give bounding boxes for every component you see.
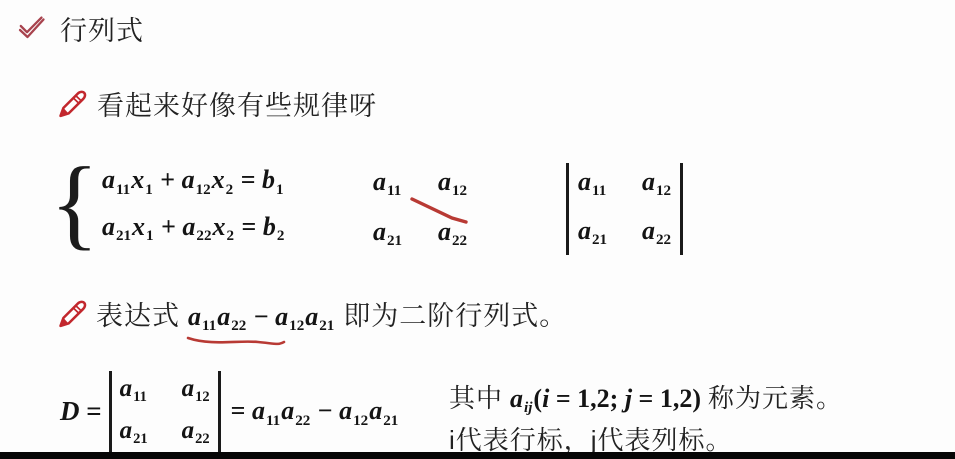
d-determinant: a11 a12 a21 a22 — [109, 371, 221, 452]
curly-brace: { — [50, 156, 99, 252]
equation-column: a11x1 + a12x2 = b1 a21x1 + a22x2 = b2 — [102, 164, 285, 243]
element-note-suffix: 称为元素。 — [708, 378, 843, 415]
equation-2: a21x1 + a22x2 = b2 — [102, 211, 285, 244]
note-expression-suffix: 即为二阶行列式。 — [343, 294, 567, 333]
check-icon — [16, 15, 47, 42]
page-title: 行列式 — [60, 9, 144, 48]
d-det-cell-a21: a21 — [120, 415, 182, 446]
det-cell-a11: a11 — [578, 166, 642, 199]
pencil-icon — [56, 88, 88, 120]
d-det-cell-a12: a12 — [182, 373, 211, 404]
array-cell-a11: a11 — [373, 166, 438, 199]
note-expression-prefix: 表达式 — [96, 294, 180, 333]
d-equals: D = — [60, 396, 102, 427]
determinant-definition: D = a11 a12 a21 a22 = a11a22 − a12a21 — [60, 371, 399, 452]
note-expression: 表达式 a11a22 − a12a21 即为二阶行列式。 — [56, 294, 567, 333]
title-row: 行列式 — [16, 9, 144, 48]
note-pattern-text: 看起来好像有些规律呀 — [97, 84, 377, 123]
pencil-icon — [56, 298, 88, 330]
video-letterbox-bar — [0, 452, 955, 459]
equation-system: { a11x1 + a12x2 = b1 a21x1 + a22x2 = b2 — [50, 156, 285, 252]
element-subscript-formula: aij(i = 1,2; j = 1,2) — [510, 384, 701, 414]
det-cell-a21: a21 — [578, 215, 642, 248]
det-cell-a12: a12 — [642, 166, 672, 199]
red-underline-stroke — [188, 338, 284, 344]
array-cell-a21: a21 — [373, 216, 438, 249]
element-note: 其中 aij(i = 1,2; j = 1,2) 称为元素。 i代表行标，j代表… — [449, 378, 843, 457]
d-det-cell-a11: a11 — [120, 373, 182, 404]
array-cell-a22: a22 — [438, 216, 468, 249]
expression-a11a22-a12a21: a11a22 − a12a21 — [188, 302, 335, 332]
d-expansion: = a11a22 − a12a21 — [231, 396, 400, 426]
determinant-notation: a11 a12 a21 a22 — [566, 163, 683, 255]
element-note-prefix: 其中 — [449, 378, 503, 415]
element-note-line1: 其中 aij(i = 1,2; j = 1,2) 称为元素。 — [449, 378, 843, 415]
det-cell-a22: a22 — [642, 215, 672, 248]
array-cell-a12: a12 — [438, 166, 468, 199]
equation-1: a11x1 + a12x2 = b1 — [102, 164, 285, 197]
note-pattern: 看起来好像有些规律呀 — [56, 84, 377, 123]
d-det-cell-a22: a22 — [182, 415, 211, 446]
lecture-slide: 行列式 看起来好像有些规律呀 { a11x1 + a12x2 = b1 a21x… — [0, 0, 955, 459]
coefficient-array: a11 a12 a21 a22 — [373, 166, 468, 248]
